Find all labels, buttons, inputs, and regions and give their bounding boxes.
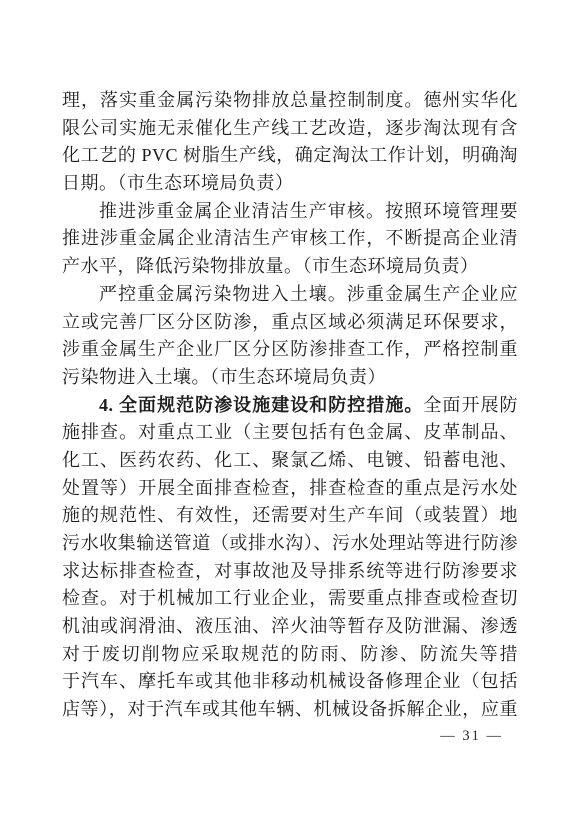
text-line: 对于废切削物应采取规范的防雨、防渗、防流失等措施。对 [62,641,518,669]
text-line: 产水平，降低污染物排放量。（市生态环境局负责） [62,253,518,281]
text-line: 处置等）开展全面排查检查，排查检查的重点是污水处理设 [62,475,518,503]
text-segment: 污水收集输送管道（或排水沟）、污水处理站等进行防渗要 [62,533,518,558]
document-page: 理，落实重金属污染物排放总量控制制度。德州实华化工有限公司实施无汞催化生产线工艺… [0,0,578,818]
text-line: 理，落实重金属污染物排放总量控制制度。德州实华化工有 [62,87,518,115]
text-line: 限公司实施无汞催化生产线工艺改造，逐步淘汰现有含汞催 [62,115,518,143]
document-body-text: 理，落实重金属污染物排放总量控制制度。德州实华化工有限公司实施无汞催化生产线工艺… [62,87,518,724]
text-line: 店等），对于汽车或其他车辆、机械设备拆解企业，应重点 [62,696,518,724]
text-segment: 机油或润滑油、液压油、淬火油等暂存及防泄漏、渗透处理。 [62,616,518,641]
text-line: 机油或润滑油、液压油、淬火油等暂存及防泄漏、渗透处理。 [62,613,518,641]
text-line: 涉重金属生产企业厂区分区防渗排查工作，严格控制重金属 [62,336,518,364]
text-segment: 产水平，降低污染物排放量。（市生态环境局负责） [62,256,479,276]
text-segment: 店等），对于汽车或其他车辆、机械设备拆解企业，应重点 [62,699,518,724]
text-segment: 施的规范性、有效性，还需要对生产车间（或装置）地面、 [62,505,518,530]
text-segment: 施排查。对重点工业（主要包括有色金属、皮革制品、石油 [62,422,518,447]
text-segment: 推进涉重金属企业清洁生产审核。按照环境管理要求， [99,201,518,226]
text-segment: 对于废切削物应采取规范的防雨、防渗、防流失等措施。对 [62,644,518,669]
text-segment: 于汽车、摩托车或其他非移动机械设备修理企业（包括 4S [62,671,518,696]
text-line: 日期。（市生态环境局负责） [62,170,518,198]
page-number: — 31 — [440,728,503,745]
text-segment: 污染物进入土壤。（市生态环境局负责） [62,367,386,387]
text-line: 立或完善厂区分区防渗，重点区域必须满足环保要求，开展 [62,309,518,337]
text-segment: 理，落实重金属污染物排放总量控制制度。德州实华化工有 [62,90,518,115]
text-line: 4. 全面规范防渗设施建设和防控措施。全面开展防渗设 [62,392,518,420]
text-line: 施排查。对重点工业（主要包括有色金属、皮革制品、石油 [62,419,518,447]
text-segment: 推进涉重金属企业清洁生产审核工作，不断提高企业清洁生 [62,228,518,253]
text-segment: 检查。对于机械加工行业企业，需要重点排查或检查切削液、 [62,588,518,613]
text-line: 化工艺的 PVC 树脂生产线，确定淘汰工作计划，明确淘汰 [62,142,518,170]
paragraph-heading-segment: 4. 全面规范防渗设施建设和防控措施。 [99,395,423,415]
text-line: 求达标排查检查，对事故池及导排系统等进行防渗要求排查 [62,558,518,586]
text-segment: 严控重金属污染物进入土壤。涉重金属生产企业应该建 [99,284,518,309]
text-line: 推进涉重金属企业清洁生产审核。按照环境管理要求， [62,198,518,226]
text-line: 施的规范性、有效性，还需要对生产车间（或装置）地面、 [62,502,518,530]
text-segment: 日期。（市生态环境局负责） [62,173,294,193]
text-line: 检查。对于机械加工行业企业，需要重点排查或检查切削液、 [62,585,518,613]
text-line: 严控重金属污染物进入土壤。涉重金属生产企业应该建 [62,281,518,309]
text-segment: 限公司实施无汞催化生产线工艺改造，逐步淘汰现有含汞催 [62,118,518,143]
text-line: 污染物进入土壤。（市生态环境局负责） [62,364,518,392]
text-segment: 立或完善厂区分区防渗，重点区域必须满足环保要求，开展 [62,312,518,337]
text-line: 污水收集输送管道（或排水沟）、污水处理站等进行防渗要 [62,530,518,558]
text-segment: 化工、医药农药、化工、聚氯乙烯、电镀、铅蓄电池、危废 [62,450,518,475]
text-segment: 化工艺的 PVC 树脂生产线，确定淘汰工作计划，明确淘汰 [62,145,518,170]
text-line: 化工、医药农药、化工、聚氯乙烯、电镀、铅蓄电池、危废 [62,447,518,475]
text-segment: 涉重金属生产企业厂区分区防渗排查工作，严格控制重金属 [62,339,518,364]
text-segment: 求达标排查检查，对事故池及导排系统等进行防渗要求排查 [62,561,518,586]
text-segment: 处置等）开展全面排查检查，排查检查的重点是污水处理设 [62,478,518,503]
text-line: 推进涉重金属企业清洁生产审核工作，不断提高企业清洁生 [62,225,518,253]
text-line: 于汽车、摩托车或其他非移动机械设备修理企业（包括 4S [62,668,518,696]
